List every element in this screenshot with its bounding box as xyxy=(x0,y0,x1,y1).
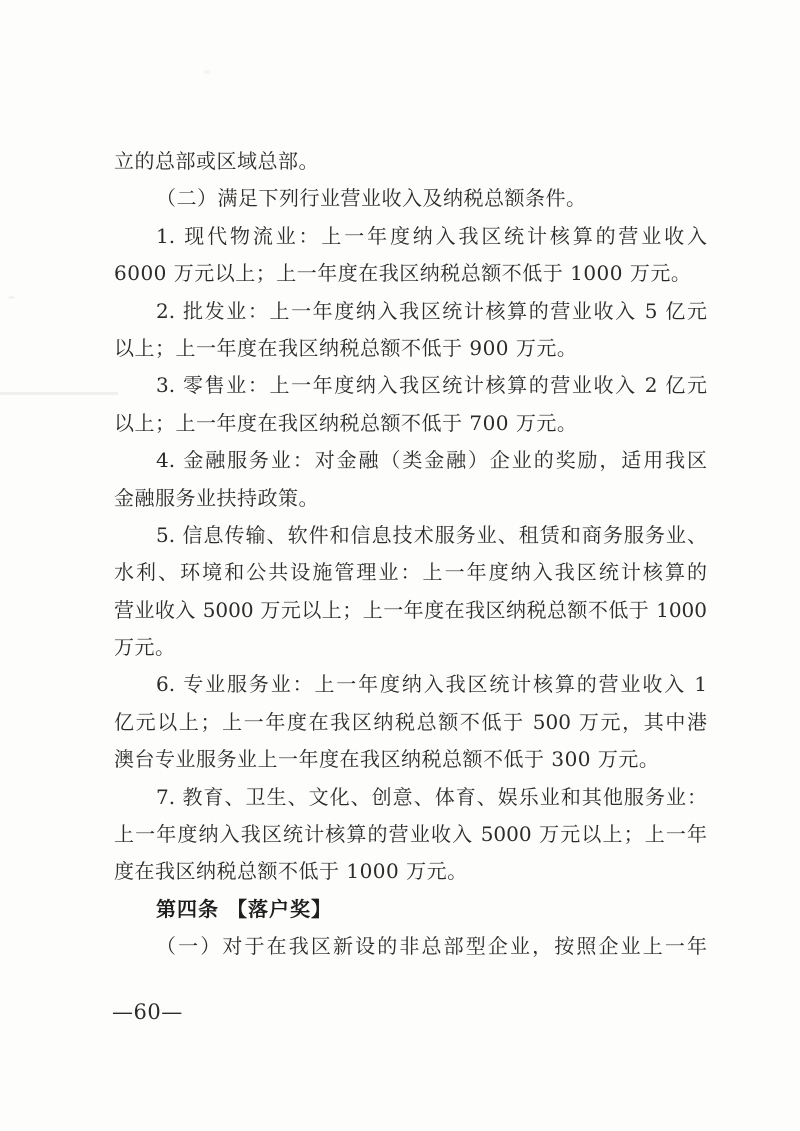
text-line: 营业收入 5000 万元以上；上一年度在我区纳税总额不低于 1000 xyxy=(114,592,707,629)
text-line: （二）满足下列行业营业收入及纳税总额条件。 xyxy=(114,180,707,217)
scan-artifact-smudge xyxy=(8,296,15,299)
text-line: 澳台专业服务业上一年度在我区纳税总额不低于 300 万元。 xyxy=(114,741,707,778)
text-line: 以上；上一年度在我区纳税总额不低于 900 万元。 xyxy=(114,330,707,367)
scan-artifact-line xyxy=(0,392,118,395)
text-line: 度在我区纳税总额不低于 1000 万元。 xyxy=(114,853,707,890)
text-line: 以上；上一年度在我区纳税总额不低于 700 万元。 xyxy=(114,405,707,442)
text-line: 6. 专业服务业：上一年度纳入我区统计核算的营业收入 1 xyxy=(114,666,707,703)
text-line: 1. 现代物流业：上一年度纳入我区统计核算的营业收入 xyxy=(114,218,707,255)
document-page: 立的总部或区域总部。 （二）满足下列行业营业收入及纳税总额条件。 1. 现代物流… xyxy=(0,0,800,1131)
text-line: 3. 零售业：上一年度纳入我区统计核算的营业收入 2 亿元 xyxy=(114,367,707,404)
document-body: 立的总部或区域总部。 （二）满足下列行业营业收入及纳税总额条件。 1. 现代物流… xyxy=(114,143,707,966)
section-heading-line: 第四条 【落户奖】 xyxy=(114,891,707,928)
text-line: 5. 信息传输、软件和信息技术服务业、租赁和商务服务业、 xyxy=(114,517,707,554)
text-line: 2. 批发业：上一年度纳入我区统计核算的营业收入 5 亿元 xyxy=(114,293,707,330)
page-number: —60— xyxy=(112,997,183,1027)
scan-artifact-smudge xyxy=(204,70,210,74)
text-line: 金融服务业扶持政策。 xyxy=(114,480,707,517)
text-line: 万元。 xyxy=(114,629,707,666)
text-line: 立的总部或区域总部。 xyxy=(114,143,707,180)
text-line: 水利、环境和公共设施管理业：上一年度纳入我区统计核算的 xyxy=(114,554,707,591)
text-line: 4. 金融服务业：对金融（类金融）企业的奖励，适用我区 xyxy=(114,442,707,479)
text-line: 上一年度纳入我区统计核算的营业收入 5000 万元以上；上一年 xyxy=(114,816,707,853)
text-line: （一）对于在我区新设的非总部型企业，按照企业上一年 xyxy=(114,928,707,965)
text-line: 7. 教育、卫生、文化、创意、体育、娱乐业和其他服务业： xyxy=(114,779,707,816)
text-line: 6000 万元以上；上一年度在我区纳税总额不低于 1000 万元。 xyxy=(114,255,707,292)
text-line: 亿元以上；上一年度在我区纳税总额不低于 500 万元，其中港 xyxy=(114,704,707,741)
